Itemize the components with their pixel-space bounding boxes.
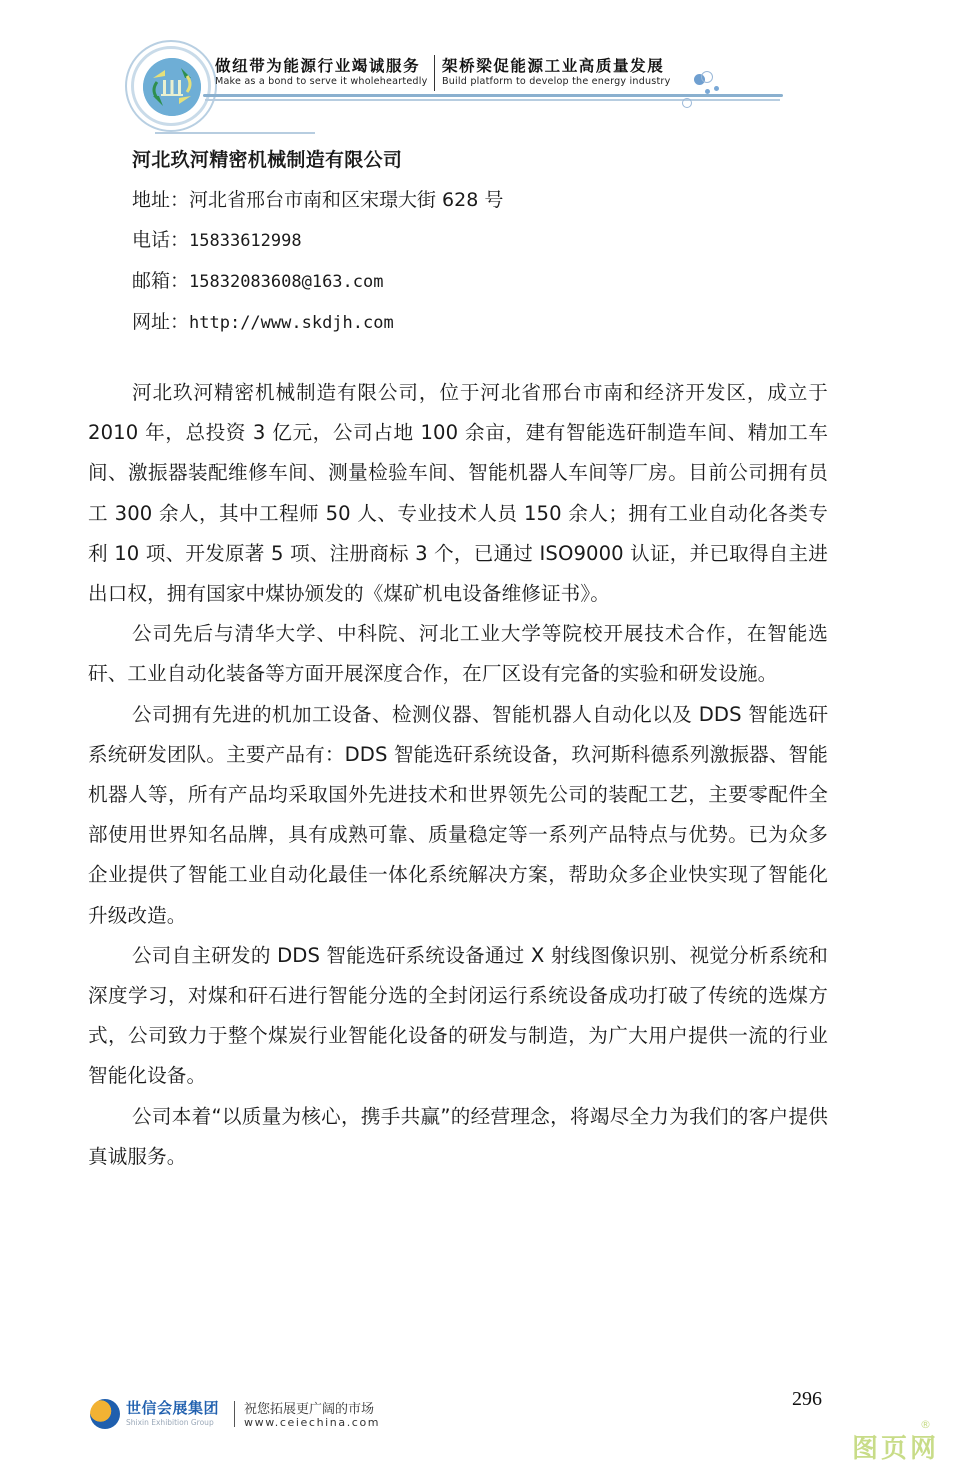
- paragraph-cooperation: 公司先后与清华大学、中科院、河北工业大学等院校开展技术合作，在智能选矸、工业自动…: [88, 614, 828, 694]
- paragraph-philosophy: 公司本着“以质量为核心，携手共赢”的经营理念，将竭尽全力为我们的客户提供真诚服务…: [88, 1097, 828, 1177]
- header-slogan-right-en: Build platform to develop the energy ind…: [442, 76, 670, 87]
- header-slogan-left-cn: 做纽带为能源行业竭诚服务: [215, 54, 420, 76]
- company-contact-block: 河北玖河精密机械制造有限公司 地址：河北省邢台市南和区宋璟大街 628 号 电话…: [132, 140, 503, 343]
- footer-brand-en: Shixin Exhibition Group: [126, 1418, 214, 1427]
- paragraph-overview: 河北玖河精密机械制造有限公司，位于河北省邢台市南和经济开发区，成立于 2010 …: [88, 373, 828, 614]
- phone-value: 15833612998: [189, 231, 302, 251]
- email-label: 邮箱：: [132, 270, 189, 292]
- shixin-logo-icon: [90, 1399, 120, 1429]
- decorative-bubble-icon: [701, 71, 713, 83]
- email-value: 15832083608@163.com: [189, 272, 383, 292]
- header-divider-line-secondary: [205, 99, 780, 101]
- footer-slogan: 祝您拓展更广阔的市场: [244, 1398, 374, 1417]
- header-slogan-left-en: Make as a bond to serve it wholeheartedl…: [215, 76, 427, 87]
- decorative-bubble-icon: [705, 89, 710, 94]
- decorative-bubble-icon: [714, 86, 719, 91]
- watermark-text: 图页网: [852, 1434, 939, 1464]
- website-link[interactable]: http://www.skdjh.com: [189, 313, 394, 333]
- registered-mark-icon: ®: [920, 1418, 934, 1431]
- header-lower-line: [155, 132, 315, 134]
- page-header-banner: 做纽带为能源行业竭诚服务 Make as a bond to serve it …: [125, 38, 725, 128]
- address-value: 河北省邢台市南和区宋璟大街 628 号: [189, 189, 503, 211]
- company-description: 河北玖河精密机械制造有限公司，位于河北省邢台市南和经济开发区，成立于 2010 …: [88, 373, 828, 1177]
- paragraph-products: 公司拥有先进的机加工设备、检测仪器、智能机器人自动化以及 DDS 智能选矸系统研…: [88, 695, 828, 936]
- header-divider-line: [203, 94, 783, 97]
- website-label: 网址：: [132, 311, 189, 333]
- page-number: 296: [792, 1388, 822, 1411]
- header-slogan-right-cn: 架桥梁促能源工业高质量发展: [442, 54, 664, 76]
- phone-row: 电话：15833612998: [132, 220, 503, 261]
- footer-brand-cn: 世信会展集团: [126, 1397, 219, 1418]
- page-footer: 世信会展集团 Shixin Exhibition Group 祝您拓展更广阔的市…: [90, 1395, 410, 1435]
- footer-separator: [234, 1401, 235, 1427]
- watermark: 图页网 ®: [852, 1428, 939, 1465]
- footer-url[interactable]: www.ceiechina.com: [244, 1416, 380, 1429]
- address-row: 地址：河北省邢台市南和区宋璟大街 628 号: [132, 180, 503, 220]
- decorative-bubble-icon: [682, 98, 692, 108]
- header-separator: [434, 55, 435, 91]
- association-logo-icon: [143, 58, 201, 116]
- email-row: 邮箱：15832083608@163.com: [132, 261, 503, 302]
- company-name: 河北玖河精密机械制造有限公司: [132, 140, 503, 180]
- address-label: 地址：: [132, 189, 189, 211]
- paragraph-dds-system: 公司自主研发的 DDS 智能选矸系统设备通过 X 射线图像识别、视觉分析系统和深…: [88, 936, 828, 1097]
- website-row: 网址：http://www.skdjh.com: [132, 302, 503, 343]
- phone-label: 电话：: [132, 229, 189, 251]
